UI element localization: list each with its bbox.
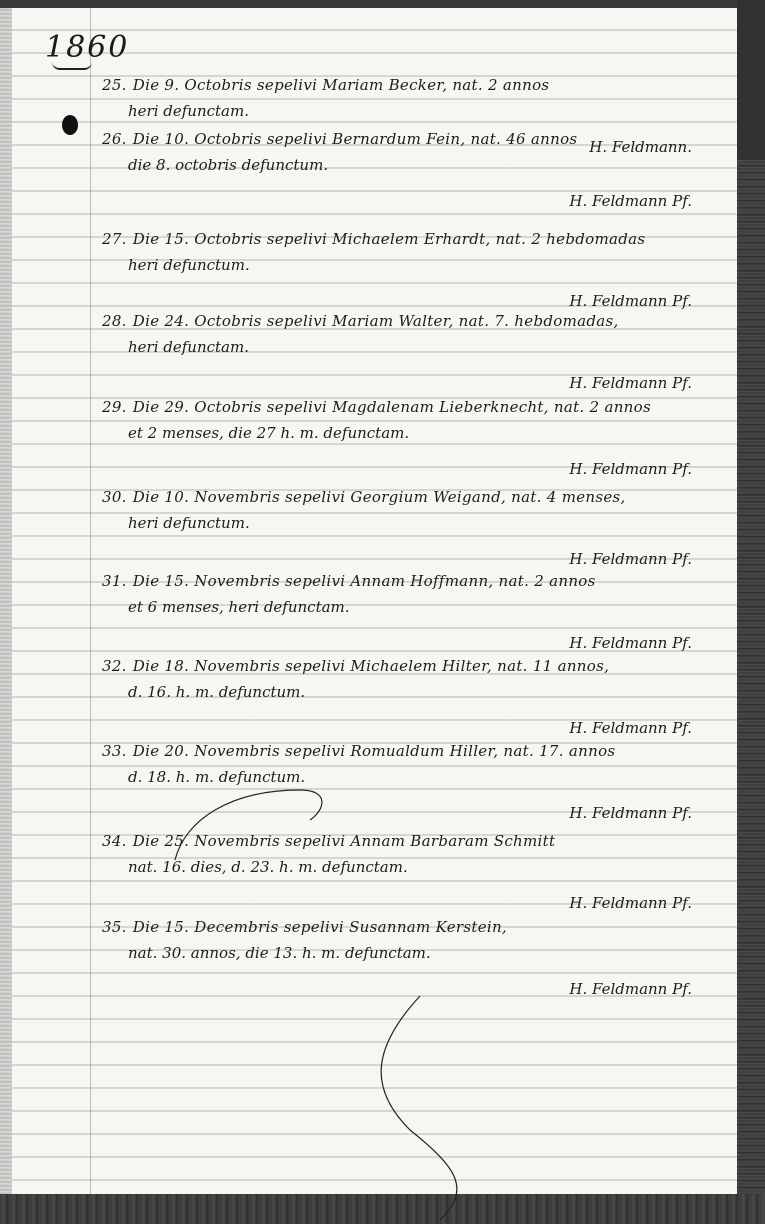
- entry-number: 27.: [102, 230, 127, 248]
- scan-border-right: [737, 0, 765, 1224]
- burial-entry: 27.Die 15. Octobris sepelivi Michaelem E…: [102, 230, 712, 310]
- entry-number: 29.: [102, 398, 127, 416]
- entry-line-2: heri defunctam.: [102, 102, 712, 120]
- entry-line-2: heri defunctam.: [102, 338, 712, 356]
- burial-entry: 35.Die 15. Decembris sepelivi Susannam K…: [102, 918, 712, 998]
- entry-number: 32.: [102, 657, 127, 675]
- entry-line-2: d. 18. h. m. defunctum.: [102, 768, 712, 786]
- entry-line-1: 26.Die 10. Octobris sepelivi Bernardum F…: [102, 130, 712, 148]
- entry-line-2: heri defunctum.: [102, 256, 712, 274]
- priest-signature: H. Feldmann Pf.: [102, 719, 712, 737]
- entry-line-1: 29.Die 29. Octobris sepelivi Magdalenam …: [102, 398, 712, 416]
- entry-text: Die 25. Novembris sepelivi Annam Barbara…: [133, 832, 556, 850]
- priest-signature: H. Feldmann Pf.: [102, 634, 712, 652]
- entry-line-1: 27.Die 15. Octobris sepelivi Michaelem E…: [102, 230, 712, 248]
- entry-line-2: nat. 16. dies, d. 23. h. m. defunctam.: [102, 858, 712, 876]
- year-underline-flourish: [52, 62, 92, 70]
- entry-line-2: nat. 30. annos, die 13. h. m. defunctam.: [102, 944, 712, 962]
- priest-signature: H. Feldmann Pf.: [102, 550, 712, 568]
- burial-entry: 32.Die 18. Novembris sepelivi Michaelem …: [102, 657, 712, 737]
- entry-line-2: et 2 menses, die 27 h. m. defunctam.: [102, 424, 712, 442]
- entry-number: 31.: [102, 572, 127, 590]
- entry-line-1: 34.Die 25. Novembris sepelivi Annam Barb…: [102, 832, 712, 850]
- priest-signature: H. Feldmann Pf.: [102, 374, 712, 392]
- entry-line-1: 35.Die 15. Decembris sepelivi Susannam K…: [102, 918, 712, 936]
- burial-entry: 28.Die 24. Octobris sepelivi Mariam Walt…: [102, 312, 712, 392]
- entry-number: 26.: [102, 130, 127, 148]
- priest-signature: H. Feldmann Pf.: [102, 980, 712, 998]
- entry-line-1: 28.Die 24. Octobris sepelivi Mariam Walt…: [102, 312, 712, 330]
- entry-number: 28.: [102, 312, 127, 330]
- burial-entry: 30.Die 10. Novembris sepelivi Georgium W…: [102, 488, 712, 568]
- burial-entry: 26.Die 10. Octobris sepelivi Bernardum F…: [102, 130, 712, 210]
- entry-number: 35.: [102, 918, 127, 936]
- entry-line-1: 33.Die 20. Novembris sepelivi Romualdum …: [102, 742, 712, 760]
- priest-signature: H. Feldmann Pf.: [102, 804, 712, 822]
- priest-signature: H. Feldmann Pf.: [102, 292, 712, 310]
- entry-text: Die 24. Octobris sepelivi Mariam Walter,…: [133, 312, 619, 330]
- priest-signature: H. Feldmann Pf.: [102, 460, 712, 478]
- punch-hole-mark: [62, 115, 78, 135]
- margin-rule: [90, 8, 91, 1194]
- burial-entry: 31.Die 15. Novembris sepelivi Annam Hoff…: [102, 572, 712, 652]
- entry-line-2: die 8. octobris defunctum.: [102, 156, 712, 174]
- entry-line-2: heri defunctum.: [102, 514, 712, 532]
- burial-entry: 33.Die 20. Novembris sepelivi Romualdum …: [102, 742, 712, 822]
- scan-border-left: [0, 8, 12, 1194]
- entry-text: Die 18. Novembris sepelivi Michaelem Hil…: [133, 657, 609, 675]
- entry-number: 30.: [102, 488, 127, 506]
- priest-signature: H. Feldmann Pf.: [102, 894, 712, 912]
- entry-text: Die 20. Novembris sepelivi Romualdum Hil…: [133, 742, 616, 760]
- entry-text: Die 15. Octobris sepelivi Michaelem Erha…: [133, 230, 646, 248]
- burial-entry: 29.Die 29. Octobris sepelivi Magdalenam …: [102, 398, 712, 478]
- burial-entry: 34.Die 25. Novembris sepelivi Annam Barb…: [102, 832, 712, 912]
- entry-text: Die 15. Novembris sepelivi Annam Hoffman…: [133, 572, 596, 590]
- scan-border-top: [0, 0, 765, 8]
- entry-line-1: 31.Die 15. Novembris sepelivi Annam Hoff…: [102, 572, 712, 590]
- entry-line-1: 25.Die 9. Octobris sepelivi Mariam Becke…: [102, 76, 712, 94]
- entry-text: Die 29. Octobris sepelivi Magdalenam Lie…: [133, 398, 651, 416]
- entry-line-2: d. 16. h. m. defunctum.: [102, 683, 712, 701]
- entry-number: 33.: [102, 742, 127, 760]
- entry-text: Die 10. Novembris sepelivi Georgium Weig…: [133, 488, 626, 506]
- scan-border-bottom: [0, 1194, 765, 1224]
- entry-number: 25.: [102, 76, 127, 94]
- entry-text: Die 9. Octobris sepelivi Mariam Becker, …: [133, 76, 550, 94]
- entry-line-1: 32.Die 18. Novembris sepelivi Michaelem …: [102, 657, 712, 675]
- priest-signature: H. Feldmann Pf.: [102, 192, 712, 210]
- entry-line-2: et 6 menses, heri defunctam.: [102, 598, 712, 616]
- entry-text: Die 10. Octobris sepelivi Bernardum Fein…: [133, 130, 578, 148]
- entry-text: Die 15. Decembris sepelivi Susannam Kers…: [133, 918, 507, 936]
- entry-number: 34.: [102, 832, 127, 850]
- entry-line-1: 30.Die 10. Novembris sepelivi Georgium W…: [102, 488, 712, 506]
- register-year: 1860: [45, 30, 129, 65]
